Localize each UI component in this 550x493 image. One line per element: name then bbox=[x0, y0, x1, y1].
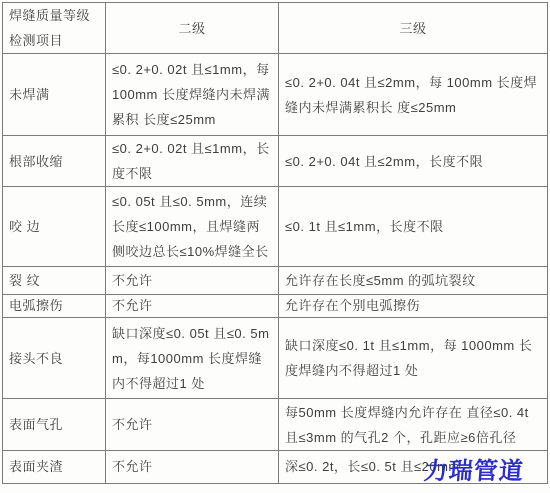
grade2-cell: 不允许 bbox=[106, 399, 279, 451]
grade3-cell: ≤0. 1t 且≤1mm，长度不限 bbox=[279, 187, 548, 267]
grade3-cell: 缺口深度≤0. 1t 且≤1mm，每 1000mm 长度焊缝内不得超过1 处 bbox=[279, 318, 548, 399]
table-row: 电弧擦伤 不允许 允许存在个别电弧擦伤 bbox=[3, 295, 548, 318]
item-cell: 接头不良 bbox=[3, 318, 106, 399]
grade2-cell: ≤0. 2+0. 02t 且≤1mm，每 100mm 长度焊缝内未焊满累积 长度… bbox=[106, 54, 279, 136]
grade2-cell: 不允许 bbox=[106, 451, 279, 484]
weld-quality-grade-page: 焊缝质量等级 检测项目 二级 三级 未焊满 ≤0. 2+0. 02t 且≤1mm… bbox=[0, 0, 550, 493]
weld-quality-table: 焊缝质量等级 检测项目 二级 三级 未焊满 ≤0. 2+0. 02t 且≤1mm… bbox=[2, 2, 548, 484]
grade3-cell: ≤0. 2+0. 04t 且≤2mm，每 100mm 长度焊缝内未焊满累积长 度… bbox=[279, 54, 548, 136]
item-cell: 根部收缩 bbox=[3, 136, 106, 187]
table-row: 未焊满 ≤0. 2+0. 02t 且≤1mm，每 100mm 长度焊缝内未焊满累… bbox=[3, 54, 548, 136]
item-cell: 表面气孔 bbox=[3, 399, 106, 451]
grade3-cell: 允许存在长度≤5mm 的弧坑裂纹 bbox=[279, 267, 548, 295]
table-row: 根部收缩 ≤0. 2+0. 02t 且≤1mm，长度不限 ≤0. 2+0. 04… bbox=[3, 136, 548, 187]
table-row: 咬 边 ≤0. 05t 且≤0. 5mm，连续 长度≤100mm，且焊缝两侧咬边… bbox=[3, 187, 548, 267]
table-row: 表面气孔 不允许 每50mm 长度焊缝内允许存在 直径≤0. 4t 且≤3mm … bbox=[3, 399, 548, 451]
item-cell: 表面夹渣 bbox=[3, 451, 106, 484]
grade2-cell: 缺口深度≤0. 05t 且≤0. 5mm，每1000mm 长度焊缝内不得超过1 … bbox=[106, 318, 279, 399]
corner-header-cell: 焊缝质量等级 检测项目 bbox=[3, 3, 106, 54]
item-cell: 电弧擦伤 bbox=[3, 295, 106, 318]
table-row: 裂 纹 不允许 允许存在长度≤5mm 的弧坑裂纹 bbox=[3, 267, 548, 295]
item-cell: 未焊满 bbox=[3, 54, 106, 136]
table-row: 接头不良 缺口深度≤0. 05t 且≤0. 5mm，每1000mm 长度焊缝内不… bbox=[3, 318, 548, 399]
item-cell: 裂 纹 bbox=[3, 267, 106, 295]
grade2-header-cell: 二级 bbox=[106, 3, 279, 54]
grade3-cell: 允许存在个别电弧擦伤 bbox=[279, 295, 548, 318]
grade3-cell: ≤0. 2+0. 04t 且≤2mm，长度不限 bbox=[279, 136, 548, 187]
header-title-line2: 检测项目 bbox=[9, 28, 99, 53]
watermark-logo-text: 力瑞管道 bbox=[423, 451, 525, 486]
header-title-line1: 焊缝质量等级 bbox=[9, 3, 99, 28]
header-row: 焊缝质量等级 检测项目 二级 三级 bbox=[3, 3, 548, 54]
grade2-cell: 不允许 bbox=[106, 295, 279, 318]
grade3-cell: 每50mm 长度焊缝内允许存在 直径≤0. 4t 且≤3mm 的气孔2 个，孔距… bbox=[279, 399, 548, 451]
grade2-cell: ≤0. 2+0. 02t 且≤1mm，长度不限 bbox=[106, 136, 279, 187]
item-cell: 咬 边 bbox=[3, 187, 106, 267]
grade2-cell: ≤0. 05t 且≤0. 5mm，连续 长度≤100mm，且焊缝两侧咬边总长≤1… bbox=[106, 187, 279, 267]
grade2-cell: 不允许 bbox=[106, 267, 279, 295]
grade3-header-cell: 三级 bbox=[279, 3, 548, 54]
